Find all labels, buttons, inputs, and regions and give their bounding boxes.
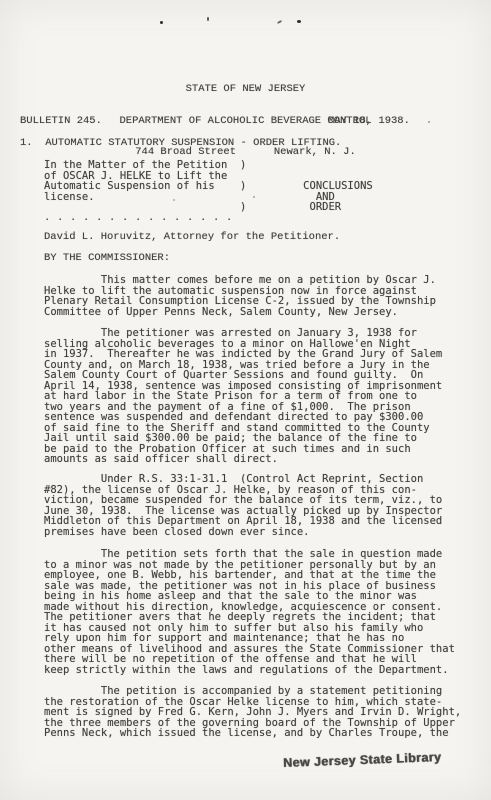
caption-separator: . . . . . . . . . . . . . . .	[44, 213, 233, 224]
commissioner-line: BY THE COMMISSIONER:	[44, 253, 170, 264]
paragraph: The petition is accompanied by a stateme…	[44, 686, 461, 739]
item-heading: 1. AUTOMATIC STATUTORY SUSPENSION - ORDE…	[20, 138, 341, 149]
paragraph: The petitioner was arrested on January 3…	[44, 328, 442, 465]
ink-speck	[297, 20, 301, 23]
ink-speck	[277, 20, 282, 24]
paragraph: This matter comes before me on a petitio…	[44, 275, 436, 317]
ink-speck	[207, 17, 209, 21]
case-caption: In the Matter of the Petition ) of OSCAR…	[44, 160, 373, 213]
library-stamp: New Jersey State Library	[283, 750, 442, 770]
bulletin-number: BULLETIN 245.	[20, 116, 102, 127]
letterhead-state: STATE OF NEW JERSEY	[0, 84, 491, 95]
bulletin-date: MAY 18, 1938.	[328, 116, 410, 127]
attorney-line: David L. Horuvitz, Attorney for the Peti…	[44, 232, 340, 243]
document-page: STATE OF NEW JERSEY DEPARTMENT OF ALCOHO…	[0, 0, 491, 800]
ink-speck	[160, 21, 163, 24]
paragraph: The petition sets forth that the sale in…	[44, 549, 455, 675]
paragraph: Under R.S. 33:1-31.1 (Control Act Reprin…	[44, 474, 442, 537]
